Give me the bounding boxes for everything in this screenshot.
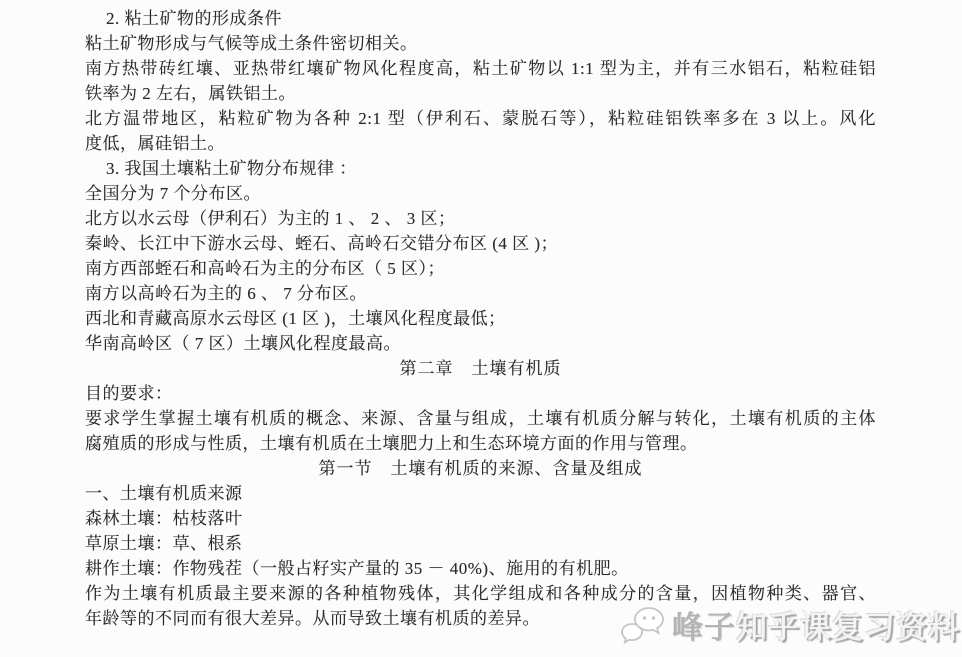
text-line: 北方以水云母（伊利石）为主的 1 、 2 、 3 区； [85, 206, 876, 231]
text-line: 森林土壤：枯枝落叶 [85, 506, 876, 531]
text-line: 耕作土壤：作物残茬（一般占籽实产量的 35 － 40%)、施用的有机肥。 [85, 556, 876, 581]
text-line: 华南高岭区（ 7 区）土壤风化程度最高。 [85, 331, 876, 356]
text-line: 南方西部蛭石和高岭石为主的分布区（ 5 区）； [85, 256, 876, 281]
text-line: 南方热带砖红壤、亚热带红壤矿物风化程度高，粘土矿物以 1:1 型为主，并有三水铝… [85, 56, 876, 81]
text-line: 度低，属硅铝土。 [85, 131, 876, 156]
heading-clay-mineral-formation: 2. 粘土矿物的形成条件 [85, 6, 876, 31]
text-line: 粘土矿物形成与气候等成土条件密切相关。 [85, 31, 876, 56]
text-line: 要求学生掌握土壤有机质的概念、来源、含量与组成，土壤有机质分解与转化，土壤有机质… [85, 406, 876, 431]
watermark-text-prefix: 峰子 [672, 610, 736, 645]
text-line: 北方温带地区，粘粒矿物为各种 2:1 型（伊利石、蒙脱石等），粘粒硅铝铁率多在 … [85, 106, 876, 131]
wechat-chat-bubbles-icon [619, 606, 665, 644]
text-line: 目的要求： [85, 381, 876, 406]
text-line: 腐殖质的形成与性质，土壤有机质在土壤肥力上和生态环境方面的作用与管理。 [85, 431, 876, 456]
watermark-text-rest: 知乎课复习资料 [736, 610, 960, 645]
text-line: 草原土壤：草、根系 [85, 531, 876, 556]
chapter-title: 第二章 土壤有机质 [85, 356, 876, 381]
text-line: 西北和青藏高原水云母区 (1 区 )，土壤风化程度最低； [85, 306, 876, 331]
watermark: 峰子知乎课复习资料 [619, 602, 960, 647]
document-page: 2. 粘土矿物的形成条件 粘土矿物形成与气候等成土条件密切相关。 南方热带砖红壤… [85, 6, 876, 631]
heading-clay-mineral-distribution: 3. 我国土壤粘土矿物分布规律 ： [85, 156, 876, 181]
text-line: 全国分为 7 个分布区。 [85, 181, 876, 206]
text-line: 一、土壤有机质来源 [85, 481, 876, 506]
text-line: 南方以高岭石为主的 6 、 7 分布区。 [85, 281, 876, 306]
watermark-text: 峰子知乎课复习资料 [672, 602, 960, 647]
section-title: 第一节 土壤有机质的来源、含量及组成 [85, 456, 876, 481]
text-line: 铁率为 2 左右，属铁铝土。 [85, 81, 876, 106]
text-line: 秦岭、长江中下游水云母、蛭石、高岭石交错分布区 (4 区 )； [85, 231, 876, 256]
